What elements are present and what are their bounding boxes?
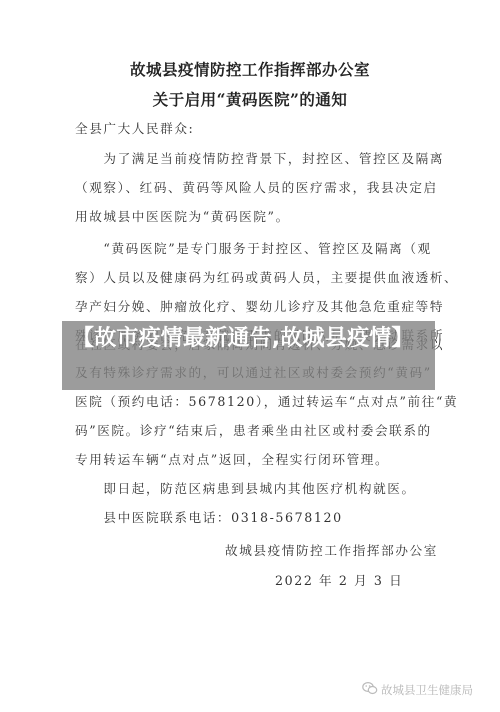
body-line: 医院（预约电话：5678120），通过转运车“点对点”前往“黄: [75, 391, 458, 410]
body-line: 县中医院联系电话：0318-5678120: [75, 507, 343, 526]
notice-title: 关于启用“黄码医院”的通知: [0, 88, 500, 110]
date: 2022 年 2 月 3 日: [275, 570, 403, 589]
body-line: 为了满足当前疫情防控背景下，封控区、管控区及隔离: [75, 148, 444, 167]
body-line: “黄码医院”是专门服务于封控区、管控区及隔离（观: [75, 238, 432, 257]
watermark: 故城县卫生健康局: [362, 681, 473, 698]
body-line: 察）人员以及健康码为红码或黄码人员，主要提供血液透析、: [75, 267, 458, 286]
body-line: （观察）、红码、黄码等风险人员的医疗需求，我县决定启: [75, 177, 438, 196]
body-line: 即日起，防范区病患到县城内其他医疗机构就医。: [75, 478, 416, 497]
body-line: 码”医院。诊疗“结束后，患者乘坐由社区或村委会联系的: [75, 420, 432, 439]
watermark-text: 故城县卫生健康局: [381, 682, 473, 698]
banner-title: 【故市疫情最新通告,故城县疫情】: [72, 324, 428, 354]
body-line: 孕产妇分娩、肿瘤放化疗、婴幼儿诊疗及其他急危重症等特: [75, 296, 444, 315]
issuer-title: 故城县疫情防控工作指挥部办公室: [0, 58, 500, 80]
wechat-icon: [362, 681, 378, 698]
body-line: 专用转运车辆“点对点”返回，全程实行闭环管理。: [75, 449, 389, 468]
body-line: 用故城县中医医院为“黄码医院”。: [75, 206, 290, 225]
salutation: 全县广大人民群众:: [75, 118, 194, 137]
signature: 故城县疫情防控工作指挥部办公室: [225, 540, 438, 559]
